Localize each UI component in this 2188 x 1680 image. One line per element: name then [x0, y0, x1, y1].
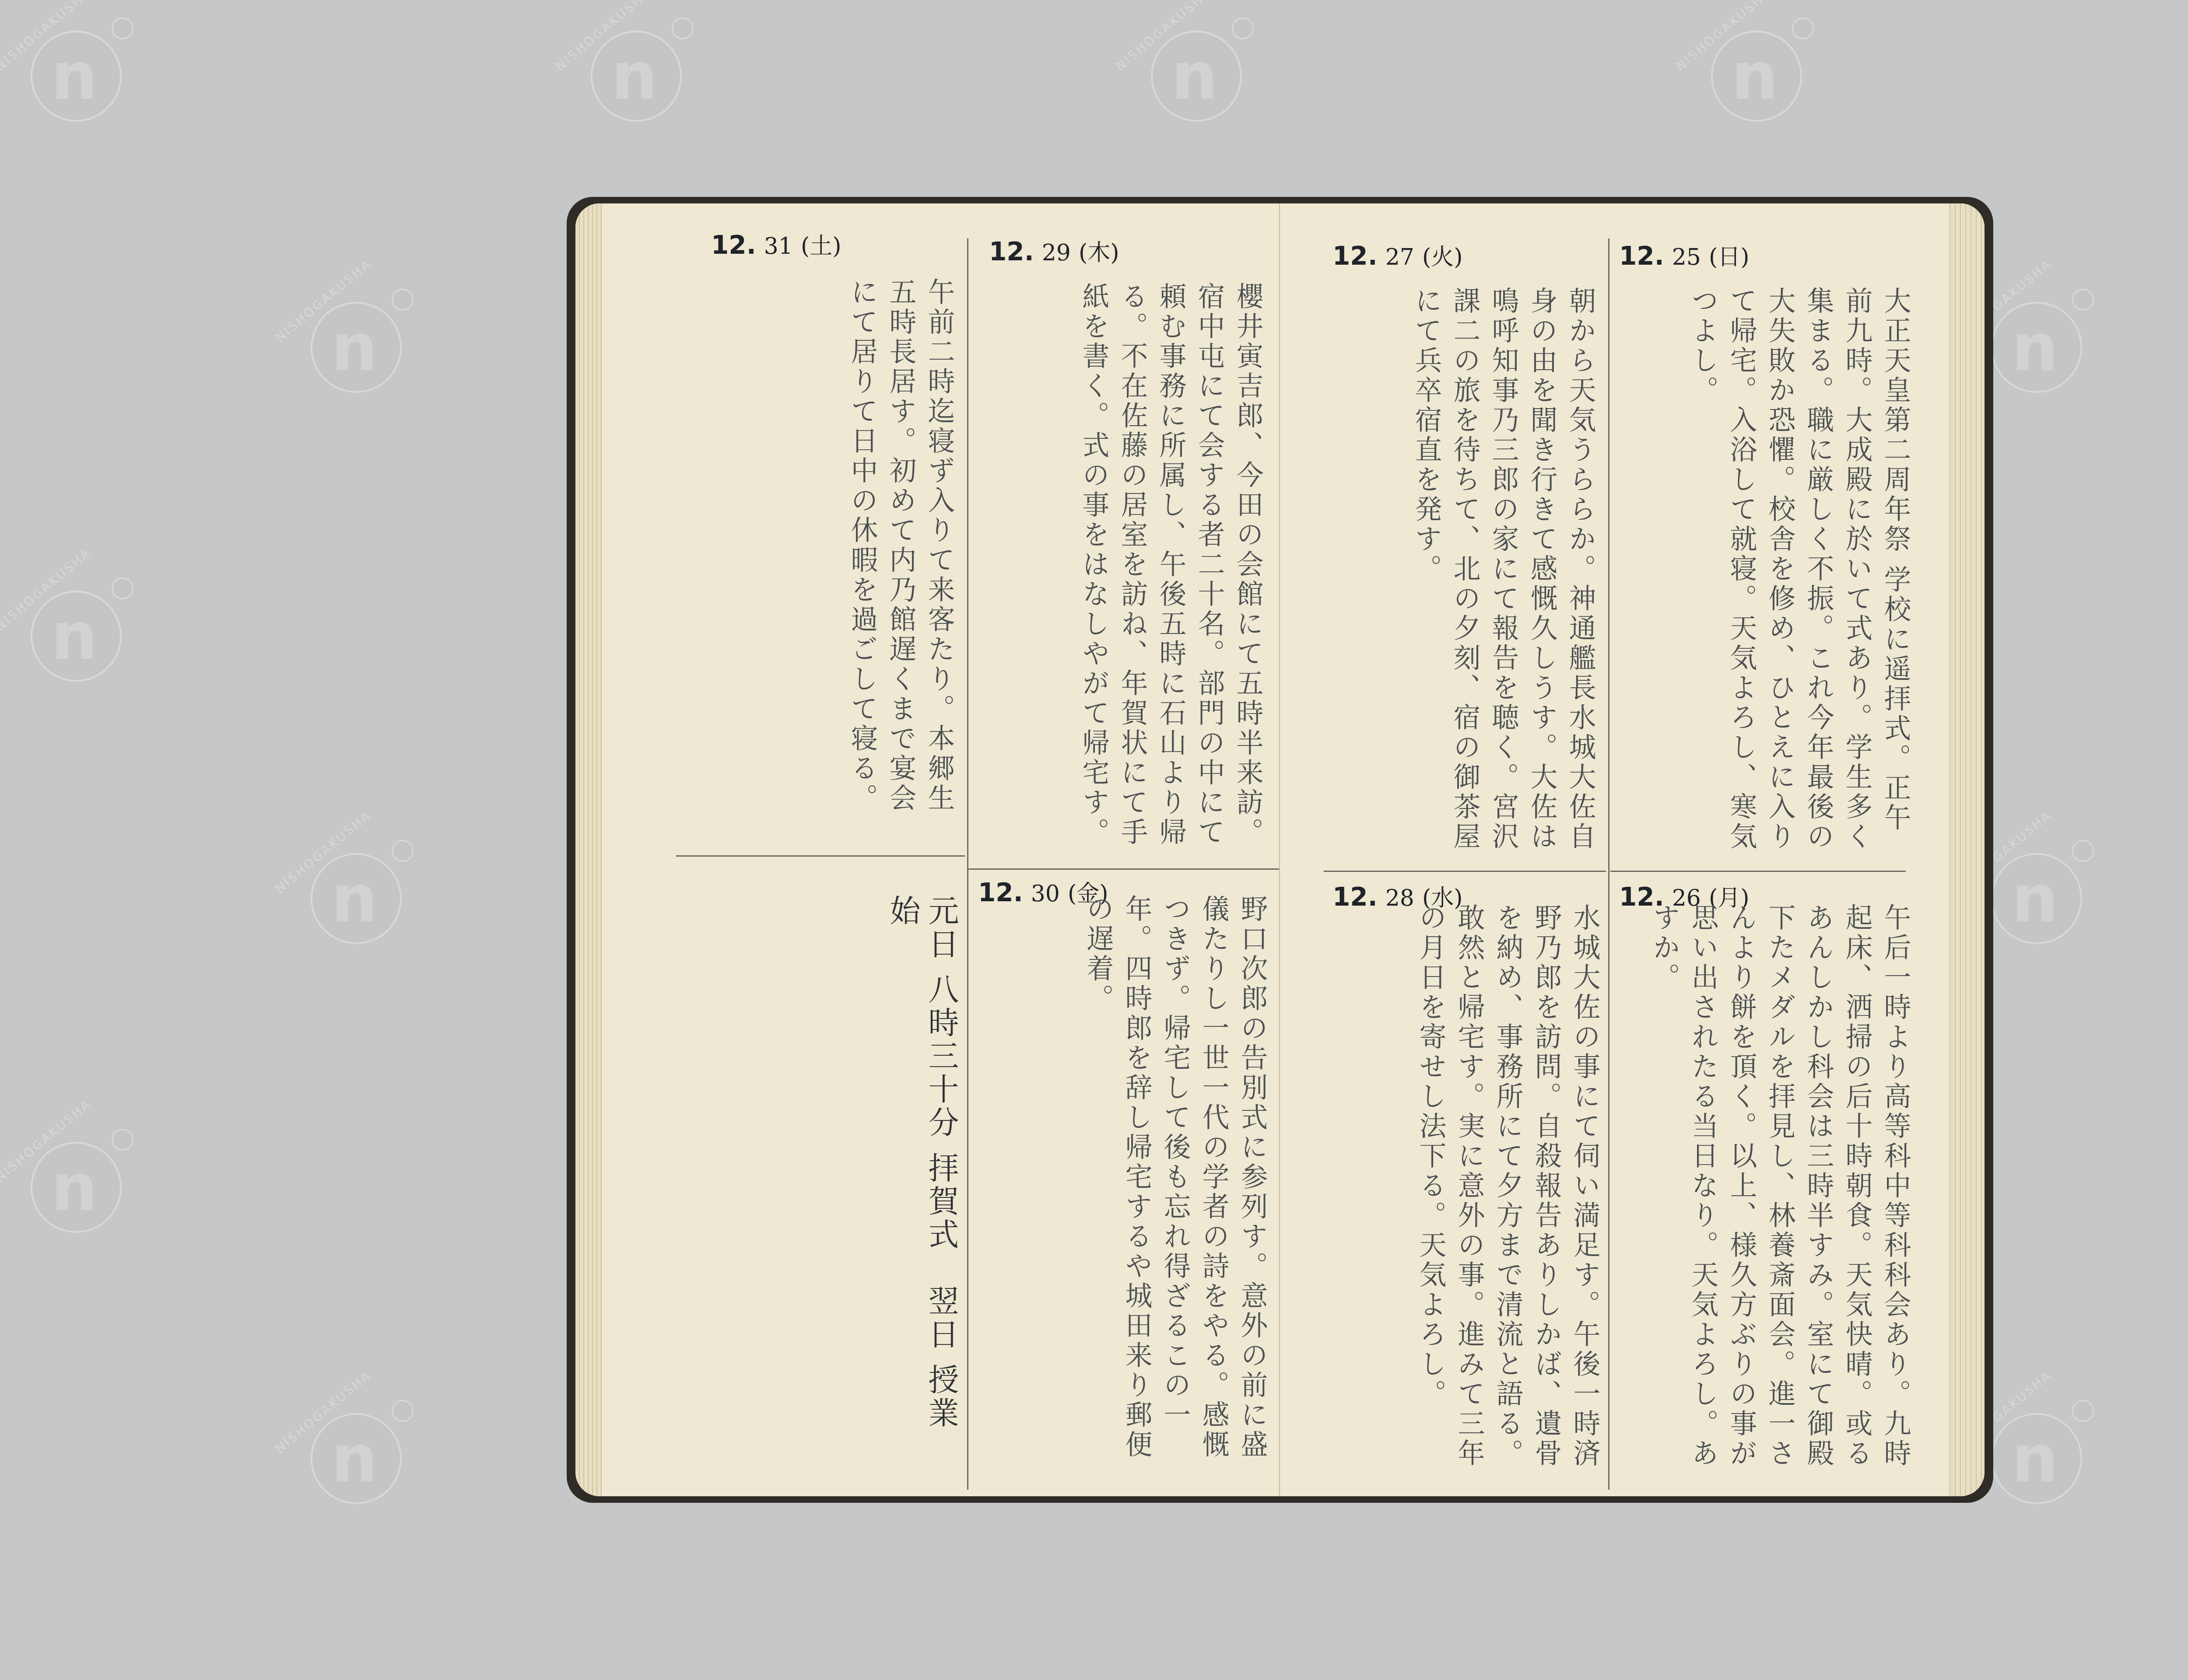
date-header-12-31: 12.31(土): [711, 227, 842, 260]
watermark-logo: nNISHOGAKUSHA: [1978, 831, 2092, 945]
diary-note-new-year: 元日 八時三十分 拝賀式 翌日 授業始: [820, 895, 961, 1463]
right-page: 12.27(火) 朝から天気うららか。神通艦長水城大佐自身の由を聞き行きて感慨久…: [1280, 203, 1985, 1496]
watermark-logo: nNISHOGAKUSHA: [1978, 280, 2092, 394]
watermark-logo: nNISHOGAKUSHA: [298, 831, 411, 945]
watermark-logo: nNISHOGAKUSHA: [1138, 9, 1252, 122]
watermark-logo: nNISHOGAKUSHA: [1978, 1391, 2092, 1505]
row-divider: [1324, 871, 1606, 872]
watermark-logo: nNISHOGAKUSHA: [18, 569, 131, 682]
diary-entry-12-29: 櫻井寅吉郎、今田の会館にて五時半来訪。宿中屯にて会する者二十名。部門の中にて頼む…: [978, 282, 1267, 860]
page-edges: [1950, 203, 1985, 1496]
date-header-12-29: 12.29(木): [989, 234, 1119, 267]
watermark-logo: nNISHOGAKUSHA: [298, 280, 411, 394]
watermark-logo: nNISHOGAKUSHA: [298, 1391, 411, 1505]
row-divider: [676, 855, 965, 857]
column-divider: [967, 238, 968, 1490]
watermark-logo: nNISHOGAKUSHA: [1698, 9, 1812, 122]
diary-entry-12-28: 水城大佐の事にて伺い満足す。午後一時済野乃郎を訪問。自殺報告ありしかば、遺骨を納…: [1302, 903, 1604, 1472]
diary-entry-12-26: 午后一時より高等科中等科科会あり。九時起床、洒掃の后十時朝食。天気快晴。或るあん…: [1626, 903, 1914, 1472]
watermark-logo: nNISHOGAKUSHA: [578, 9, 691, 122]
row-divider: [967, 868, 1280, 870]
column-divider: [1608, 238, 1609, 1490]
page-edges: [575, 203, 602, 1496]
diary-entry-12-25: 大正天皇第二周年祭 学校に遥拝式。正午前九時。大成殿に於いて式あり。学生多く集ま…: [1626, 287, 1914, 855]
diary-entry-12-27: 朝から天気うららか。神通艦長水城大佐自身の由を聞き行きて感慨久しうす。大佐は鳴呼…: [1289, 287, 1599, 855]
diary-entry-12-31: 午前二時迄寝ず入りて来客たり。本郷生五時長居す。初めて内乃館遅くまで宴会にて居り…: [720, 278, 958, 838]
watermark-logo: nNISHOGAKUSHA: [18, 9, 131, 122]
watermark-logo: nNISHOGAKUSHA: [18, 1120, 131, 1234]
open-diary-book: 12.31(土) 午前二時迄寝ず入りて来客たり。本郷生五時長居す。初めて内乃館遅…: [567, 197, 1993, 1503]
left-page: 12.31(土) 午前二時迄寝ず入りて来客たり。本郷生五時長居す。初めて内乃館遅…: [575, 203, 1280, 1496]
diary-entry-12-30: 野口次郎の告別式に参列す。意外の前に盛儀たりし一世一代の学者の詩をやる。感慨つき…: [1079, 895, 1271, 1463]
date-header-12-25: 12.25(日): [1619, 238, 1750, 271]
row-divider: [1610, 871, 1906, 872]
date-header-12-27: 12.27(火): [1332, 238, 1463, 271]
